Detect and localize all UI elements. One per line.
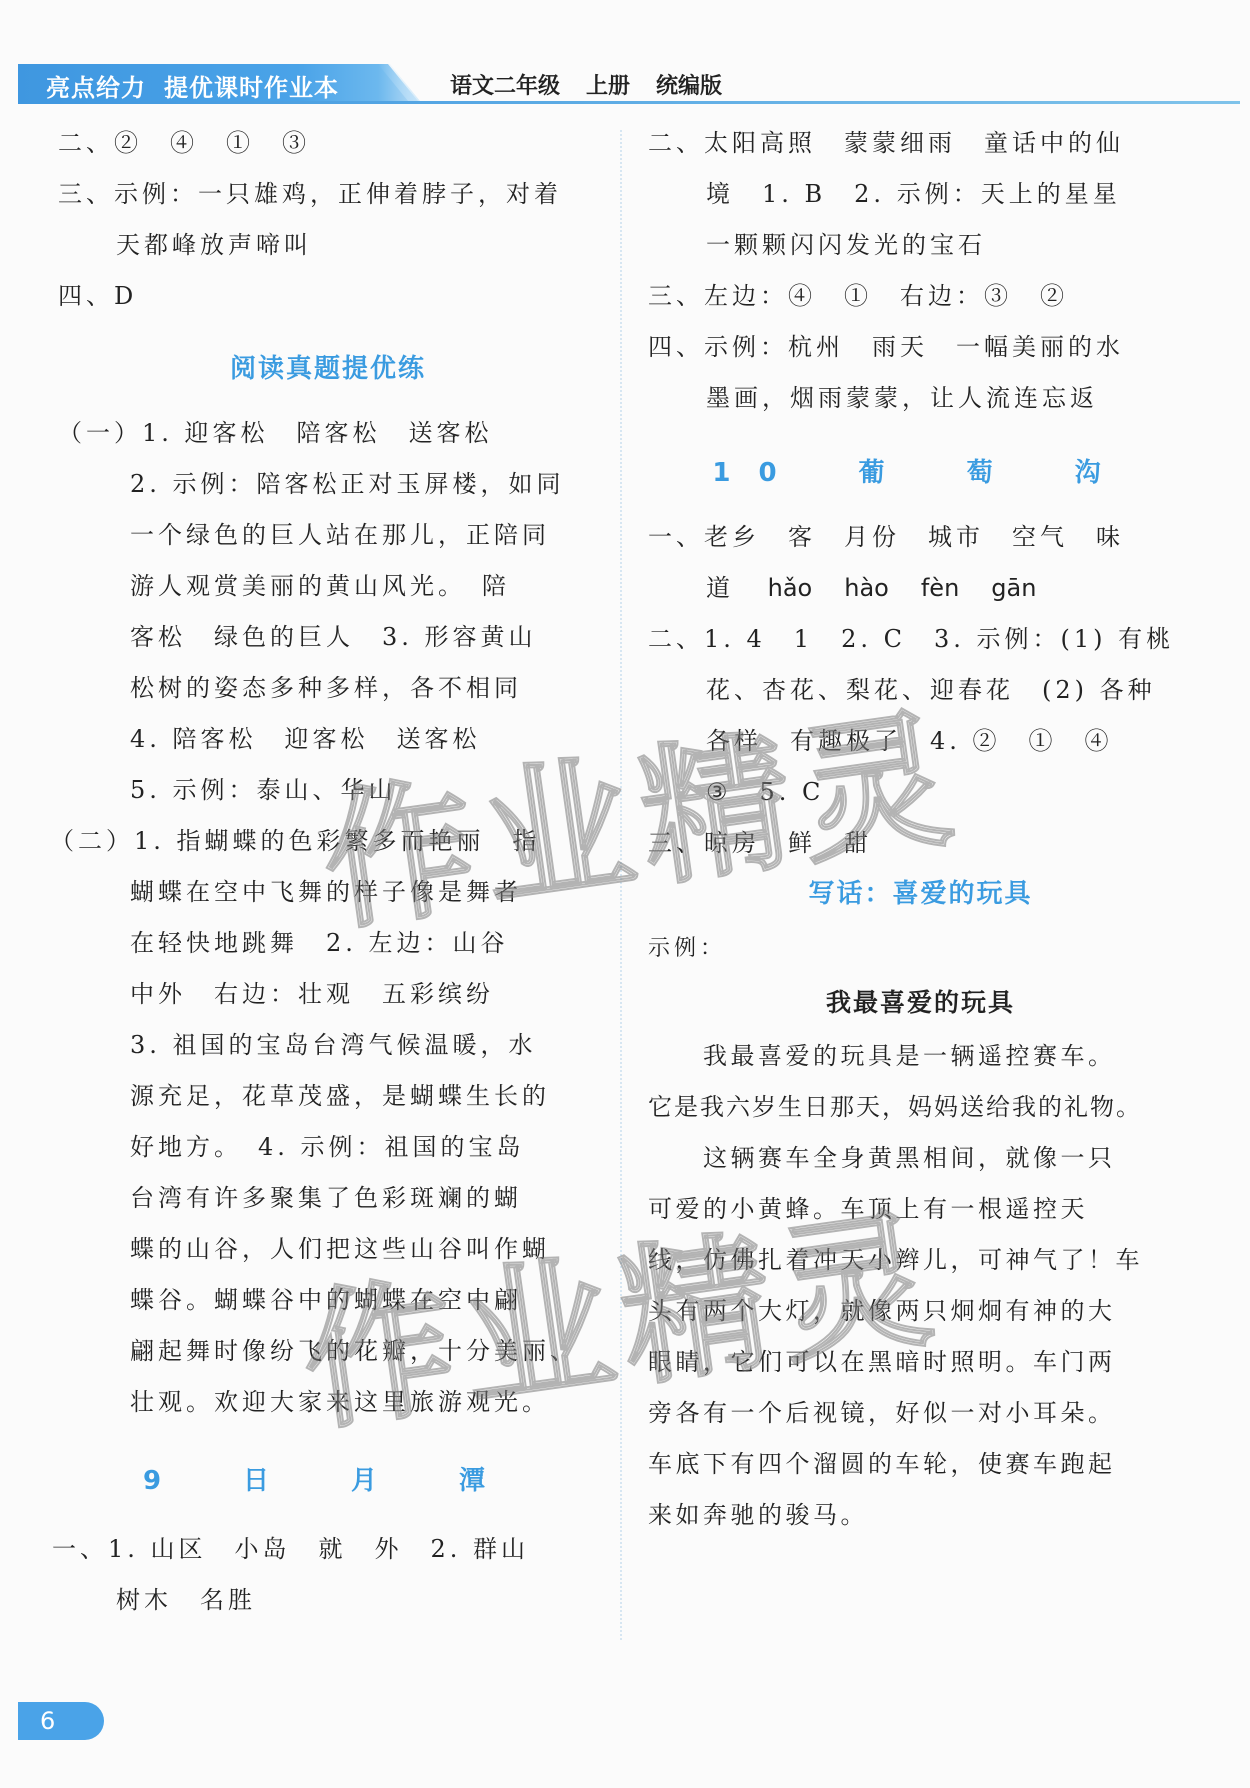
series-label: 提优课时作业本 (164, 74, 339, 102)
pinyin-line: 道 hǎohàofèngān (648, 563, 1193, 614)
left-column: 二、② ④ ① ③ 三、示例：一只雄鸡，正伸着脖子，对着 天都峰放声啼叫 四、D… (58, 118, 598, 1626)
answer-line: 墨画，烟雨蒙蒙，让人流连忘返 (648, 373, 1193, 424)
pinyin-item: gān (991, 574, 1036, 602)
answer-line: 中外 右边：壮观 五彩缤纷 (58, 969, 598, 1020)
essay-line: 头有两个大灯，就像两只炯炯有神的大 (648, 1286, 1193, 1337)
answer-line: 树木 名胜 (58, 1575, 598, 1626)
answer-line: 四、D (58, 271, 598, 322)
page-header: 亮点给力提优课时作业本 语文二年级上册统编版 (18, 60, 1240, 104)
subject-label: 语文二年级 (450, 74, 560, 99)
answer-line: 天都峰放声啼叫 (58, 220, 598, 271)
right-column: 二、太阳高照 蒙蒙细雨 童话中的仙 境 1. B 2. 示例：天上的星星 一颗颗… (648, 118, 1193, 1541)
pinyin-group: hǎohàofèngān (768, 574, 1069, 602)
essay-line: 来如奔驰的骏马。 (648, 1490, 1193, 1541)
answer-line: 一、1. 山区 小岛 就 外 2. 群山 (52, 1524, 598, 1575)
book-title: 亮点给力提优课时作业本 (46, 68, 339, 103)
answer-line: 三、左边：④ ① 右边：③ ② (648, 271, 1193, 322)
essay-line: 车底下有四个溜圆的车轮，使赛车跑起 (648, 1439, 1193, 1490)
answer-line: 台湾有许多聚集了色彩斑斓的蝴 (58, 1173, 598, 1224)
pinyin-item: hǎo (768, 574, 813, 602)
essay-line: 旁各有一个后视镜，好似一对小耳朵。 (648, 1388, 1193, 1439)
answer-line: 二、② ④ ① ③ (58, 118, 598, 169)
answer-line: （二）1. 指蝴蝶的色彩繁多而艳丽 指 (50, 816, 598, 867)
answer-line: 5. 示例：泰山、华山 (58, 765, 598, 816)
answer-line: 一个绿色的巨人站在那儿，正陪同 (58, 510, 598, 561)
section-title-lesson-10: 10 葡 萄 沟 (648, 440, 1193, 506)
answer-line: 蝶的山谷，人们把这些山谷叫作蝴 (58, 1224, 598, 1275)
column-divider (620, 130, 622, 1640)
answer-line: 松树的姿态多种多样，各不相同 (58, 663, 598, 714)
edition-label: 统编版 (656, 74, 722, 99)
essay-line: 可爱的小黄蜂。车顶上有一根遥控天 (648, 1184, 1193, 1235)
pinyin-item: hào (844, 574, 889, 602)
answer-line: 游人观赏美丽的黄山风光。 陪 (58, 561, 598, 612)
answer-line: 客松 绿色的巨人 3. 形容黄山 (58, 612, 598, 663)
essay-line: 线，仿佛扎着冲天小辫儿，可神气了！车 (648, 1235, 1193, 1286)
answer-line: 3. 祖国的宝岛台湾气候温暖，水 (58, 1020, 598, 1071)
essay-title: 我最喜爱的玩具 (648, 975, 1193, 1031)
essay-line: 我最喜爱的玩具是一辆遥控赛车。 (648, 1031, 1193, 1082)
page-number: 6 (18, 1702, 104, 1740)
answer-line: 好地方。 4. 示例：祖国的宝岛 (58, 1122, 598, 1173)
answer-line: ③ 5. C (648, 767, 1193, 818)
answer-line: 蝴蝶在空中飞舞的样子像是舞者 (58, 867, 598, 918)
essay-line: 它是我六岁生日那天，妈妈送给我的礼物。 (648, 1082, 1193, 1133)
header-rule (18, 101, 1240, 104)
answer-line: 三、示例：一只雄鸡，正伸着脖子，对着 (58, 169, 598, 220)
answer-line: 4. 陪客松 迎客松 送客松 (58, 714, 598, 765)
answer-line: （一）1. 迎客松 陪客松 送客松 (58, 408, 598, 459)
answer-line: 一颗颗闪闪发光的宝石 (648, 220, 1193, 271)
answer-line: 四、示例：杭州 雨天 一幅美丽的水 (648, 322, 1193, 373)
answer-line: 二、太阳高照 蒙蒙细雨 童话中的仙 (648, 118, 1193, 169)
essay-line: 眼睛，它们可以在黑暗时照明。车门两 (648, 1337, 1193, 1388)
volume-label: 上册 (586, 74, 630, 99)
answer-line: 在轻快地跳舞 2. 左边：山谷 (58, 918, 598, 969)
answer-line: 三、晾房 鲜 甜 (648, 818, 1193, 869)
section-title-lesson-9: 9 日 月 潭 (58, 1448, 598, 1514)
section-title-writing: 写话：喜爱的玩具 (648, 869, 1193, 919)
answer-line: 壮观。欢迎大家来这里旅游观光。 (58, 1377, 598, 1428)
answer-line: 2. 示例：陪客松正对玉屏楼，如同 (58, 459, 598, 510)
answer-line: 境 1. B 2. 示例：天上的星星 (648, 169, 1193, 220)
answer-line: 二、1. 4 1 2. C 3. 示例：(1) 有桃 (648, 614, 1193, 665)
answer-line: 一、老乡 客 月份 城市 空气 味 (648, 512, 1193, 563)
brand-label: 亮点给力 (46, 74, 146, 102)
pinyin-prefix: 道 (706, 574, 734, 602)
answer-line: 花、杏花、梨花、迎春花 (2) 各种 (648, 665, 1193, 716)
section-title-reading: 阅读真题提优练 (58, 336, 598, 402)
pinyin-item: fèn (921, 574, 959, 602)
answer-line: 翩起舞时像纷飞的花瓣，十分美丽、 (58, 1326, 598, 1377)
book-meta: 语文二年级上册统编版 (450, 69, 748, 100)
answer-line: 源充足，花草茂盛，是蝴蝶生长的 (58, 1071, 598, 1122)
answer-line: 蝶谷。蝴蝶谷中的蝴蝶在空中翩 (58, 1275, 598, 1326)
answer-line: 各样 有趣极了 4. ② ① ④ (648, 716, 1193, 767)
essay-line: 这辆赛车全身黄黑相间，就像一只 (648, 1133, 1193, 1184)
example-label: 示例： (648, 919, 1193, 975)
